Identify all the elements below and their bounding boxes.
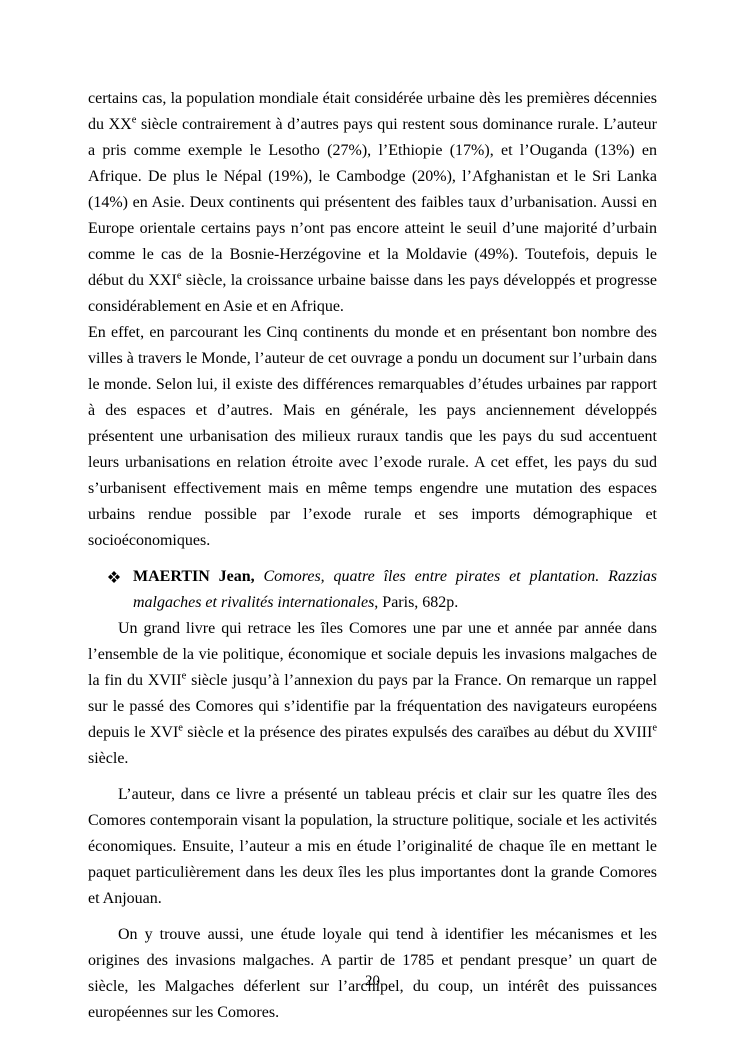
page-number: 20 — [0, 971, 745, 991]
paragraph-cinq-continents: En effet, en parcourant les Cinq contine… — [88, 320, 657, 554]
document-body: certains cas, la population mondiale éta… — [88, 86, 657, 1026]
paragraph-tableau-precis: L’auteur, dans ce livre a présenté un ta… — [88, 782, 657, 912]
paragraph-text: siècle. — [88, 750, 128, 767]
paragraph-urbanisation-overview: certains cas, la population mondiale éta… — [88, 86, 657, 320]
paragraph-grand-livre: Un grand livre qui retrace les îles Como… — [88, 616, 657, 772]
document-page: certains cas, la population mondiale éta… — [0, 0, 745, 1053]
bibliography-author: MAERTIN Jean, — [133, 568, 255, 585]
paragraph-text: L’auteur, dans ce livre a présenté un ta… — [88, 786, 657, 907]
bibliography-entry: MAERTIN Jean, Comores, quatre îles entre… — [88, 564, 657, 616]
paragraph-text: siècle et la présence des pirates expuls… — [183, 724, 652, 741]
superscript-ordinal: e — [652, 723, 657, 734]
bibliography-publication: , Paris, 682p. — [374, 594, 458, 611]
paragraph-text: siècle contrairement à d’autres pays qui… — [88, 116, 657, 289]
diamond-bullet-icon — [108, 571, 120, 583]
paragraph-text: En effet, en parcourant les Cinq contine… — [88, 324, 657, 549]
